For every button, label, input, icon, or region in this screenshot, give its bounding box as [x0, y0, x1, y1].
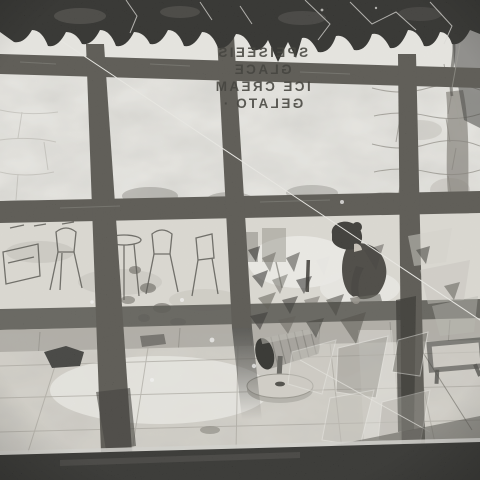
vignette	[0, 0, 480, 480]
photo-scene: SPEISEEIS GLACE ICE CREAM GELATO ·	[0, 0, 480, 480]
photograph: SPEISEEIS GLACE ICE CREAM GELATO ·	[0, 0, 480, 480]
